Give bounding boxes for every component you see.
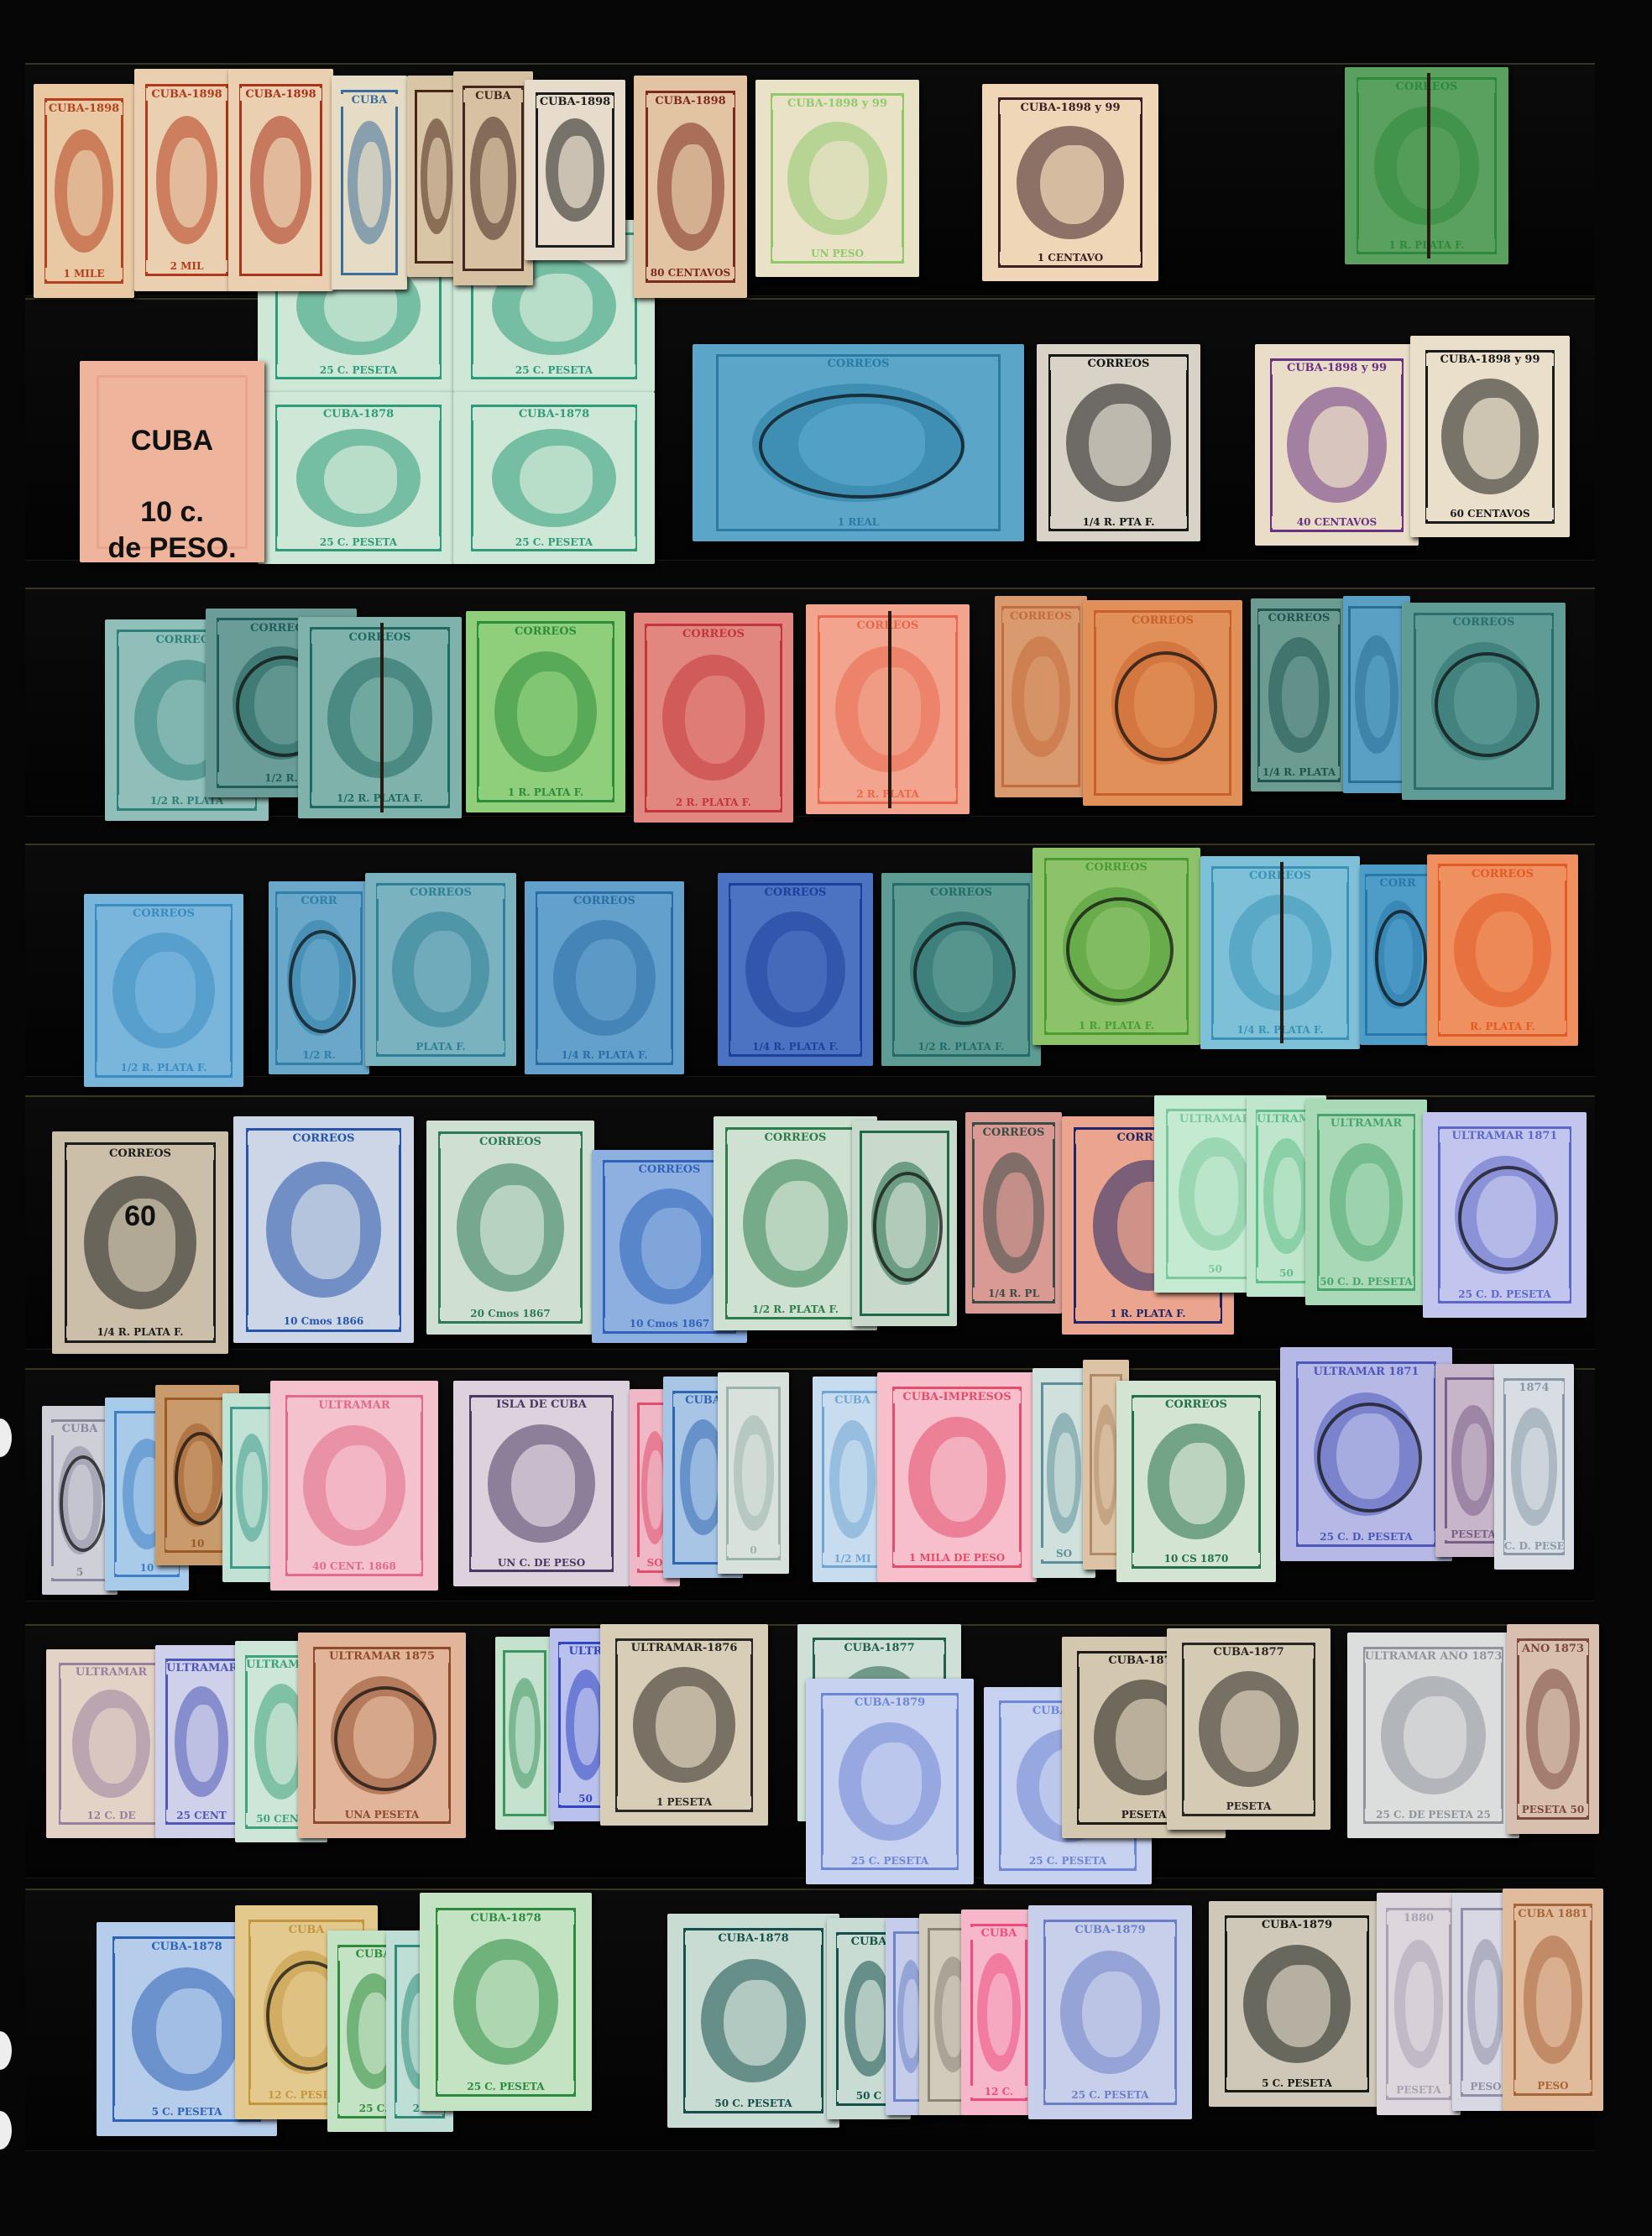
stamp: CORR1/2 R. bbox=[269, 881, 369, 1074]
stamp: ULTRAMAR50 C. D. PESETA bbox=[1305, 1100, 1427, 1305]
stamp-denomination: 2 MIL bbox=[146, 260, 227, 272]
binder-hole bbox=[0, 1418, 12, 1457]
stamp-top-label: ULTRAMAR 1875 bbox=[315, 1650, 449, 1663]
stamp-top-label: CUBA-1878 bbox=[277, 408, 439, 421]
stamp: ULTRAMAR-18761 PESETA bbox=[600, 1624, 768, 1826]
stamp-denomination: 1/2 R. PLATA F. bbox=[894, 1041, 1028, 1053]
portrait-head-icon bbox=[135, 952, 196, 1033]
stamp-top-label: 1880 bbox=[1387, 1912, 1451, 1925]
stamp-denomination: 25 C. D. PESETA bbox=[1298, 1531, 1435, 1543]
stamp-top-label: CORREOS bbox=[248, 1132, 400, 1145]
stamp: CUBA bbox=[453, 71, 533, 285]
stamp-top-label: CUBA bbox=[970, 1927, 1027, 1940]
stamp-top-label: CUBA-1898 y 99 bbox=[1272, 362, 1402, 374]
stamp-top-label: 1874 bbox=[1504, 1382, 1564, 1394]
binder-hole bbox=[0, 2031, 12, 2070]
portrait-head-icon bbox=[1082, 1972, 1141, 2058]
stamp: CORREOS1/4 R. PLATA bbox=[1251, 598, 1347, 791]
stamp-denomination: PESETA bbox=[1387, 2084, 1451, 2096]
stamp: ULTRAMAR 187125 C. D. PESETA bbox=[1280, 1347, 1452, 1561]
stamp-denomination: 10 CS 1870 bbox=[1132, 1553, 1259, 1565]
stamp: CORREOS1/4 R. PLATA F.60 bbox=[52, 1131, 228, 1354]
stamp-top-label: CORREOS bbox=[537, 895, 672, 907]
stamp-denomination: 1/4 R. PLATA F. bbox=[730, 1041, 860, 1053]
portrait-head-icon bbox=[1267, 1965, 1330, 2048]
stamp: CORREOS20 Cmos 1867 bbox=[426, 1121, 594, 1335]
stamp-denomination: 1 CENTAVO bbox=[1000, 252, 1141, 264]
stamp-denomination: 0 bbox=[727, 1544, 780, 1556]
portrait-head-icon bbox=[264, 138, 301, 227]
portrait-head-icon bbox=[1024, 656, 1059, 741]
portrait-head-icon bbox=[855, 1980, 884, 2061]
stamp: CUBA-189880 CENTAVOS bbox=[634, 76, 747, 298]
stamp: CORREOS10 CS 1870 bbox=[1116, 1381, 1276, 1582]
stamp-top-label: CORREOS bbox=[727, 1131, 865, 1144]
stamp-top-label: ULTRAMAR 1871 bbox=[1298, 1366, 1435, 1378]
stamp-denomination: 5 bbox=[51, 1566, 107, 1578]
portrait-head-icon bbox=[1099, 1424, 1113, 1509]
stamp-denomination: UNA PESETA bbox=[315, 1809, 449, 1821]
overprint-text: 60 bbox=[66, 1199, 214, 1235]
stamp: CUBA-18981 MILE bbox=[34, 84, 134, 298]
stamp-top-label: CORREOS bbox=[973, 1126, 1054, 1139]
postmark-cancel bbox=[759, 394, 965, 499]
portrait-head-icon bbox=[1365, 656, 1390, 739]
stamp: CORREOS10 Cmos 1866 bbox=[233, 1116, 414, 1343]
portrait-head-icon bbox=[1404, 1696, 1466, 1779]
stamp-top-label: CUBA-1898 bbox=[45, 102, 123, 115]
stamp: CORREOS bbox=[1083, 600, 1242, 806]
stamp: CORREOS1/4 R. PLATA F. bbox=[525, 881, 684, 1074]
stamp-denomination: 25 C. PESETA bbox=[277, 536, 439, 548]
stamp: CUBA-1898 y 9940 CENTAVOS bbox=[1255, 344, 1419, 546]
stamp-denomination: 5 C. PESETA bbox=[1226, 2077, 1367, 2089]
overprint-text: CUBA 10 c. de PESO. bbox=[98, 423, 246, 562]
stamp-top-label: CUBA-1898 y 99 bbox=[1426, 353, 1553, 366]
stamp: CUBA-187925 C. PESETA bbox=[1028, 1905, 1192, 2119]
stamp-denomination: PLATA F. bbox=[377, 1041, 504, 1053]
portrait-head-icon bbox=[1282, 656, 1319, 738]
stamp-top-label: CORREOS bbox=[1132, 1398, 1259, 1411]
portrait-head-icon bbox=[576, 939, 636, 1021]
stamp-top-label: CUBA-1878 bbox=[437, 1912, 575, 1925]
portrait-head-icon bbox=[1195, 1157, 1237, 1236]
stamp-top-label: CORREOS bbox=[1258, 612, 1340, 624]
stamp-denomination: 12 C. bbox=[970, 2086, 1027, 2098]
pen-cancel-line bbox=[888, 611, 891, 808]
stamp-top-label: CORREOS bbox=[478, 625, 613, 638]
stamp-denomination: 50 C. PESETA bbox=[685, 2098, 823, 2109]
stamp-top-label: CORREOS bbox=[97, 907, 231, 920]
stamp-denomination: 60 CENTAVOS bbox=[1426, 508, 1553, 520]
stamp: ULTRAMAR AÑO 187325 C. DE PESETA 25 bbox=[1347, 1633, 1519, 1838]
stamp: ULTRAMAR40 CENT. 1868 bbox=[270, 1381, 438, 1591]
stamp-denomination: 25 C. PESETA bbox=[473, 364, 635, 376]
stamp-top-label: CORREOS bbox=[1002, 610, 1080, 623]
stamp-denomination: 12 C. DE bbox=[60, 1810, 163, 1821]
portrait-head-icon bbox=[766, 1181, 828, 1271]
binder-hole bbox=[0, 2111, 12, 2150]
stamp: ULTRAMAR25 CENT bbox=[155, 1645, 248, 1838]
stamp-top-label: CUBA 1881 bbox=[1514, 1908, 1592, 1920]
stamp-denomination: UN PESO bbox=[772, 248, 902, 259]
stamp: ANO 1873PESETA 50 bbox=[1507, 1624, 1599, 1834]
portrait-head-icon bbox=[520, 446, 593, 515]
stamp: CUBA-18795 C. PESETA bbox=[1209, 1901, 1385, 2107]
portrait-head-icon bbox=[170, 138, 206, 227]
stamp-denomination: 1 MILE bbox=[45, 268, 123, 279]
postmark-cancel bbox=[913, 922, 1016, 1025]
stamp-denomination: SO bbox=[1041, 1548, 1087, 1559]
portrait-head-icon bbox=[1221, 1690, 1279, 1772]
stamp: ULTRAMAR 187125 C. D. PESETA bbox=[1423, 1112, 1587, 1318]
stamp-top-label: CUBA-1898 bbox=[146, 88, 227, 101]
stamp-denomination: 25 C. PESETA bbox=[437, 2081, 575, 2092]
stamp-denomination: 1 MILA DE PESO bbox=[893, 1552, 1020, 1564]
portrait-head-icon bbox=[427, 138, 447, 219]
stamp: CUBA-187850 C. PESETA bbox=[667, 1914, 839, 2128]
portrait-head-icon bbox=[1405, 1962, 1434, 2051]
stamp-top-label: CUBA-1898 bbox=[536, 96, 614, 108]
stamp-top-label: ULTRAMAR bbox=[287, 1399, 421, 1412]
stamp: CUBA-18982 MIL bbox=[134, 69, 239, 291]
stamp: CORREOS bbox=[1402, 603, 1566, 800]
portrait-head-icon bbox=[767, 931, 826, 1012]
stamp-denomination: PESETA 50 bbox=[1518, 1804, 1588, 1815]
stamp-top-label: CUBA-1878 bbox=[473, 408, 635, 421]
stamp: CUBA-187825 C. PESETA bbox=[420, 1893, 592, 2111]
stamp-denomination: 1 PESETA bbox=[617, 1796, 751, 1808]
stamp-top-label: CORREOS bbox=[730, 886, 860, 899]
stamp: CUBA-187925 C. PESETA bbox=[806, 1679, 974, 1884]
stamp-top-label: CORREOS bbox=[1095, 614, 1230, 627]
stamp-denomination: 1 REAL bbox=[719, 516, 998, 528]
portrait-head-icon bbox=[414, 931, 471, 1012]
stamp-top-label: CUBA bbox=[823, 1394, 882, 1407]
stamp bbox=[495, 1637, 554, 1830]
stamp-denomination: 1/4 R. PLATA F. bbox=[66, 1326, 214, 1338]
portrait-head-icon bbox=[996, 1173, 1033, 1257]
portrait-head-icon bbox=[809, 141, 868, 221]
stamp-denomination: 1 R. PLATA F. bbox=[1046, 1020, 1187, 1032]
stamp-top-label: CUBA bbox=[51, 1423, 107, 1435]
stamp: CORREOS2 R. PLATA F. bbox=[634, 613, 793, 823]
portrait-head-icon bbox=[672, 144, 712, 234]
stamp: CORREOS2 R. PLATA bbox=[806, 604, 970, 814]
stamp: CORREOS1/4 R. PL bbox=[965, 1112, 1062, 1314]
portrait-head-icon bbox=[156, 1988, 222, 2075]
portrait-head-icon bbox=[476, 1960, 538, 2048]
postmark-cancel bbox=[873, 1172, 943, 1282]
stamp: CUBA-1877PESETA bbox=[1167, 1628, 1330, 1830]
stamp-denomination: 1/2 R. bbox=[277, 1049, 362, 1061]
stamp-top-label: ULTRAMAR bbox=[166, 1662, 237, 1674]
stamp-top-label: CORR bbox=[1366, 877, 1430, 890]
postmark-cancel bbox=[1066, 897, 1174, 1003]
stamp-denomination: 20 Cmos 1867 bbox=[440, 1308, 581, 1319]
stamp-top-label: CUBA-1877 bbox=[814, 1642, 944, 1654]
stamp: CUBA-1898 bbox=[525, 80, 625, 260]
stamp-denomination: 80 CENTAVOS bbox=[646, 267, 735, 279]
stamp-denomination: 25 C. PESETA bbox=[473, 536, 635, 548]
stamp bbox=[1343, 596, 1410, 793]
portrait-head-icon bbox=[690, 1439, 717, 1520]
portrait-head-icon bbox=[1089, 404, 1151, 487]
portrait-head-icon bbox=[742, 1434, 766, 1516]
stamp: CORREOS bbox=[995, 596, 1087, 797]
portrait-head-icon bbox=[861, 1742, 922, 1826]
stamp-top-label: CUBA-1898 bbox=[240, 88, 322, 101]
stamp-top-label: CORREOS bbox=[1439, 868, 1566, 880]
stamp-denomination: 1/2 MI bbox=[823, 1553, 882, 1565]
postmark-cancel bbox=[1317, 1403, 1422, 1512]
stamp-top-label: CORR bbox=[277, 895, 362, 907]
portrait-head-icon bbox=[1538, 1689, 1570, 1774]
stamp-denomination: PESO bbox=[1514, 2080, 1592, 2092]
pen-cancel-line bbox=[1427, 73, 1430, 259]
stamp: CUBA-1898 bbox=[228, 69, 333, 291]
portrait-head-icon bbox=[1309, 406, 1367, 488]
stamp-denomination: 50 C. D. PESETA bbox=[1319, 1276, 1414, 1288]
stamp-denomination: 1 R. PLATA F. bbox=[1075, 1308, 1220, 1319]
portrait-head-icon bbox=[641, 1208, 700, 1289]
stamp: ULTRAMAR 1875UNA PESETA bbox=[298, 1633, 466, 1838]
postmark-cancel bbox=[289, 930, 356, 1033]
portrait-head-icon bbox=[685, 676, 745, 764]
stamp-denomination: 25 C. PESETA bbox=[823, 1855, 957, 1867]
stamp-top-label: CORREOS bbox=[66, 1147, 214, 1160]
postmark-cancel bbox=[1115, 651, 1217, 761]
portrait-head-icon bbox=[1476, 912, 1533, 992]
portrait-head-icon bbox=[647, 1450, 663, 1530]
stamp: CORREOS1 REAL bbox=[693, 344, 1024, 541]
portrait-head-icon bbox=[480, 138, 507, 224]
stamp-denomination: 40 CENT. 1868 bbox=[287, 1560, 421, 1572]
stamp-top-label: ULTRAMAR bbox=[60, 1666, 163, 1679]
stamp: CUBA-1898 y 9960 CENTAVOS bbox=[1410, 336, 1570, 537]
stamp-denomination: PESETA bbox=[1445, 1528, 1501, 1540]
portrait-head-icon bbox=[67, 150, 102, 237]
stamp-top-label: CUBA-1898 y 99 bbox=[1000, 102, 1141, 114]
stamp-denomination: C. D. PESETA bbox=[1504, 1540, 1564, 1552]
portrait-head-icon bbox=[558, 136, 593, 208]
portrait-head-icon bbox=[574, 1688, 599, 1765]
stamp-top-label: CORREOS bbox=[1046, 861, 1187, 874]
stamp-top-label: ANO 1873 bbox=[1518, 1643, 1588, 1655]
stamp: 1874C. D. PESETA bbox=[1494, 1364, 1574, 1570]
stamp-top-label: CORREOS bbox=[646, 628, 781, 640]
stamp-denomination: UN C. DE PESO bbox=[471, 1557, 612, 1569]
stamp: CORREOSPLATA F. bbox=[365, 873, 516, 1066]
stamp-denomination: 40 CENTAVOS bbox=[1272, 516, 1402, 528]
stamp: CORREOS1 R. PLATA F. bbox=[1345, 67, 1508, 264]
stock-page: CUBA-18981 MILECUBA-18982 MILCUBA-1898CU… bbox=[0, 0, 1652, 2236]
stamp-denomination: PESETA bbox=[1184, 1800, 1314, 1812]
stamp-top-label: CORREOS bbox=[894, 886, 1028, 899]
postmark-cancel bbox=[334, 1686, 437, 1792]
stamp-denomination: 1/4 R. PLATA F. bbox=[537, 1049, 672, 1061]
stamp: CUBA 10 c. de PESO. bbox=[80, 361, 264, 562]
portrait-head-icon bbox=[1054, 1433, 1075, 1518]
portrait-head-icon bbox=[1040, 145, 1104, 225]
stamp-denomination: 25 C. DE PESETA 25 bbox=[1365, 1809, 1503, 1821]
stamp-top-label: CUBA bbox=[463, 90, 523, 102]
stamp-denomination: 25 C. PESETA bbox=[1001, 1855, 1135, 1867]
portrait-head-icon bbox=[1521, 1428, 1548, 1511]
stamp-top-label: CUBA-1898 bbox=[646, 95, 735, 107]
stamp-denomination: 25 C. PESETA bbox=[277, 364, 439, 376]
stamp-denomination: 10 bbox=[165, 1538, 229, 1549]
stamp-top-label: ULTRAMAR bbox=[1319, 1117, 1414, 1130]
stamp: CORREOSR. PLATA F. bbox=[1427, 854, 1578, 1046]
stamp: CUBA-IMPRESOS1 MILA DE PESO bbox=[877, 1372, 1037, 1582]
stamp: CUBA-187825 C. PESETA bbox=[453, 392, 655, 564]
stamp-top-label: CORREOS bbox=[377, 886, 504, 899]
stamp: CUBA-187825 C. PESETA bbox=[258, 392, 459, 564]
portrait-head-icon bbox=[517, 671, 578, 756]
portrait-head-icon bbox=[1346, 1163, 1388, 1246]
portrait-head-icon bbox=[291, 1184, 360, 1279]
stamp-top-label: CORREOS bbox=[440, 1136, 581, 1148]
stamp-top-label: CORREOS bbox=[719, 358, 998, 370]
stamp: CUBA-1898 y 991 CENTAVO bbox=[982, 84, 1158, 281]
portrait-head-icon bbox=[243, 1452, 262, 1528]
pen-cancel-line bbox=[380, 623, 384, 812]
stamp: CORREOS1/4 R. PLATA F. bbox=[718, 873, 873, 1066]
portrait-head-icon bbox=[1273, 1157, 1300, 1239]
pen-cancel-line bbox=[1280, 862, 1283, 1043]
stamp-denomination: 1 R. PLATA F. bbox=[478, 786, 613, 798]
portrait-head-icon bbox=[656, 1686, 716, 1768]
stamp-top-label: CUBA-1898 y 99 bbox=[772, 97, 902, 110]
portrait-head-icon bbox=[186, 1705, 218, 1782]
stamp: CUBA 1881PESO bbox=[1503, 1889, 1603, 2111]
stamp: CORREOS1/4 R. PLATA F. bbox=[1200, 856, 1360, 1049]
stamp-denomination: 25 C. D. PESETA bbox=[1440, 1288, 1570, 1300]
portrait-head-icon bbox=[1536, 1957, 1571, 2047]
postmark-cancel bbox=[175, 1432, 227, 1525]
stamp-denomination: 10 Cmos 1866 bbox=[248, 1315, 400, 1327]
stamp: 0 bbox=[718, 1372, 789, 1574]
stamp-denomination: 25 C. PESETA bbox=[1045, 2089, 1175, 2101]
portrait-head-icon bbox=[724, 1980, 786, 2066]
stamp-top-label: CUBA-1879 bbox=[823, 1696, 957, 1709]
stamp-denomination: R. PLATA F. bbox=[1439, 1021, 1566, 1032]
stamp-top-label: CUBA-1879 bbox=[1226, 1919, 1367, 1931]
stamp-denomination: 1/2 R. PLATA F. bbox=[97, 1062, 231, 1074]
stamp-top-label: CUBA-1877 bbox=[1184, 1646, 1314, 1659]
postmark-cancel bbox=[60, 1455, 107, 1553]
portrait-head-icon bbox=[839, 1440, 866, 1523]
portrait-head-icon bbox=[1475, 1960, 1498, 2048]
stamp-denomination: 1/4 R. PL bbox=[973, 1288, 1054, 1299]
portrait-head-icon bbox=[358, 142, 383, 228]
stamp-denomination: 1/2 R. PLATA F. bbox=[727, 1303, 865, 1315]
stamp: CORR bbox=[1360, 865, 1435, 1045]
stamp: CORREOS1/2 R. PLATA F. bbox=[881, 873, 1041, 1066]
portrait-head-icon bbox=[326, 1445, 386, 1530]
stamp: CUBA12 C. bbox=[961, 1909, 1037, 2115]
portrait-head-icon bbox=[511, 1445, 575, 1528]
stamp-top-label: CORREOS bbox=[1415, 616, 1553, 629]
portrait-head-icon bbox=[987, 1973, 1012, 2056]
stamp: CORREOS1 R. PLATA F. bbox=[466, 611, 625, 812]
stamp: CORREOS1/2 R. PLATA F. bbox=[84, 894, 243, 1087]
portrait-head-icon bbox=[480, 1185, 544, 1275]
stamp: CUBA-1898 y 99UN PESO bbox=[755, 80, 919, 277]
portrait-head-icon bbox=[930, 1437, 987, 1522]
portrait-head-icon bbox=[1463, 398, 1520, 479]
portrait-head-icon bbox=[903, 1979, 919, 2059]
stamp-top-label: CORREOS bbox=[1050, 358, 1188, 370]
portrait-head-icon bbox=[515, 1696, 535, 1774]
stamp: CORREOS1/2 R. PLATA F. bbox=[298, 617, 462, 818]
portrait-head-icon bbox=[266, 1703, 298, 1784]
stamp-denomination: 2 R. PLATA F. bbox=[646, 797, 781, 808]
stamp-top-label: ULTRAMAR AÑO 1873 bbox=[1365, 1650, 1503, 1663]
stamp-top-label: CUBA-1879 bbox=[1045, 1924, 1175, 1936]
stamp-top-label: ISLA DE CUBA bbox=[471, 1398, 612, 1411]
portrait-head-icon bbox=[1116, 1699, 1174, 1780]
stamp: CUBA bbox=[332, 76, 407, 290]
stamp-top-label: CUBA-IMPRESOS bbox=[893, 1391, 1020, 1403]
stamp-denomination: 25 CENT bbox=[166, 1810, 237, 1821]
postmark-cancel bbox=[1458, 1166, 1558, 1272]
stamp-denomination: 1/4 R. PTA F. bbox=[1050, 516, 1188, 528]
portrait-head-icon bbox=[1461, 1424, 1487, 1501]
stamp-top-label: CUBA-1878 bbox=[685, 1932, 823, 1945]
postmark-cancel bbox=[1375, 910, 1427, 1007]
stamp: 1880PESETA bbox=[1377, 1893, 1461, 2115]
stamp-top-label: ULTRAMAR 1871 bbox=[1440, 1130, 1570, 1142]
stamp-top-label: ULTRAMAR-1876 bbox=[617, 1642, 751, 1654]
postmark-cancel bbox=[1435, 652, 1540, 758]
stamp: ISLA DE CUBAUN C. DE PESO bbox=[453, 1381, 630, 1586]
stamp-denomination: 1/4 R. PLATA bbox=[1258, 766, 1340, 778]
portrait-head-icon bbox=[89, 1708, 135, 1784]
portrait-head-icon bbox=[324, 446, 397, 515]
portrait-head-icon bbox=[1169, 1443, 1226, 1524]
stamp: CORREOS1 R. PLATA F. bbox=[1032, 848, 1200, 1045]
stamp-top-label: CUBA bbox=[341, 94, 397, 107]
stamp bbox=[852, 1121, 957, 1326]
stamp: CORREOS1/4 R. PTA F. bbox=[1037, 344, 1200, 541]
